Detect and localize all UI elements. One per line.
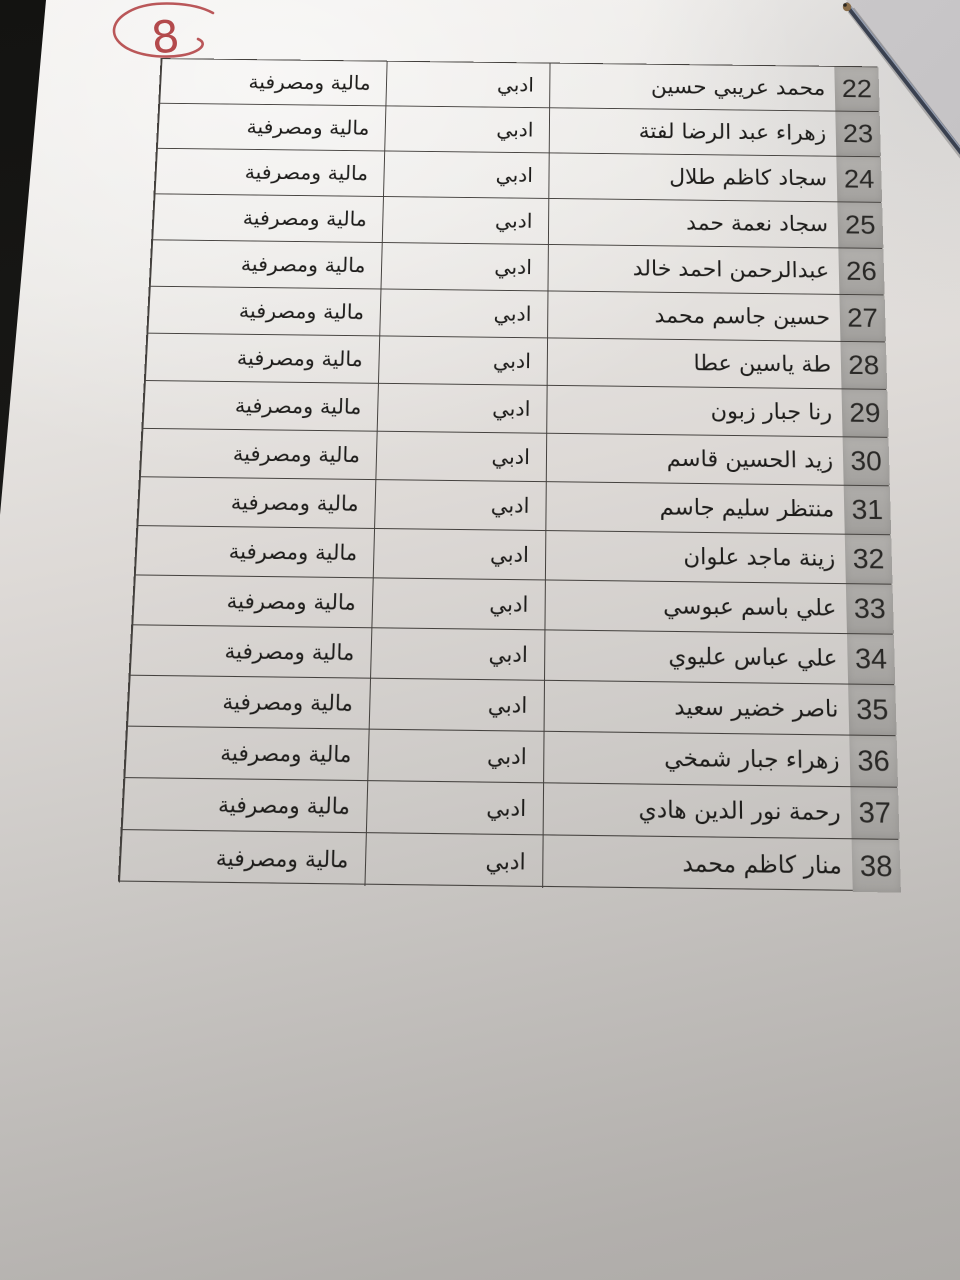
name-cell: علي باسم عبوسي (544, 580, 847, 633)
name-cell: رنا جبار زبون (546, 386, 842, 437)
branch-cell: ادبي (369, 679, 544, 731)
dept-cell: مالية ومصرفية (147, 287, 380, 336)
dept-cell: مالية ومصرفية (127, 676, 370, 729)
name-cell: منتظر سليم جاسم (545, 482, 844, 534)
name-cell: ناصر خضير سعيد (544, 681, 850, 735)
dept-cell: مالية ومصرفية (135, 526, 374, 577)
row-number-cell: 36 (849, 736, 898, 787)
name-cell: طة ياسين عطا (547, 338, 842, 388)
branch-cell: ادبي (370, 628, 544, 680)
branch-cell: ادبي (375, 432, 546, 481)
branch-cell: ادبي (377, 384, 547, 433)
name-cell: عبدالرحمن احمد خالد (547, 245, 839, 294)
dept-cell: مالية ومصرفية (152, 194, 383, 242)
branch-cell: ادبي (367, 730, 543, 783)
dept-cell: مالية ومصرفية (140, 429, 377, 479)
row-number-cell: 26 (838, 248, 884, 294)
branch-cell: ادبي (373, 529, 546, 579)
row-number-cell: 27 (839, 295, 885, 342)
branch-cell: ادبي (383, 151, 549, 198)
row-number-cell: 29 (842, 389, 889, 437)
dept-cell: مالية ومصرفية (155, 149, 385, 196)
branch-cell: ادبي (381, 243, 548, 290)
branch-cell: ادبي (371, 578, 544, 629)
dept-cell: مالية ومصرفية (132, 575, 372, 627)
branch-cell: ادبي (382, 197, 549, 244)
row-number-cell: 34 (847, 634, 895, 684)
dept-cell: مالية ومصرفية (142, 381, 377, 431)
dept-cell: مالية ومصرفية (159, 59, 386, 105)
branch-cell: ادبي (374, 480, 546, 530)
dept-cell: مالية ومصرفية (119, 830, 366, 886)
branch-cell: ادبي (364, 833, 542, 888)
photo-of-document: 8 مالية ومصرفية ادبي محمد عريبي حسين 22 … (0, 0, 960, 1280)
row-number-cell: 28 (840, 342, 887, 389)
row-number-cell: 32 (845, 535, 893, 584)
name-cell: حسين جاسم محمد (547, 291, 840, 340)
dept-cell: مالية ومصرفية (124, 727, 368, 780)
name-cell: رحمة نور الدين هادي (543, 783, 852, 838)
name-cell: زينة ماجد علوان (545, 531, 846, 583)
branch-cell: ادبي (385, 62, 549, 108)
branch-cell: ادبي (366, 781, 543, 834)
student-table: مالية ومصرفية ادبي محمد عريبي حسين 22 ما… (118, 58, 900, 891)
dept-cell: مالية ومصرفية (122, 778, 368, 832)
row-number-cell: 23 (835, 112, 881, 157)
row-number-cell: 25 (837, 202, 883, 248)
dept-cell: مالية ومصرفية (145, 334, 379, 383)
row-number-cell: 33 (846, 584, 894, 634)
row-number-cell: 31 (844, 486, 891, 535)
name-cell: علي عباس عليوي (544, 630, 848, 683)
branch-cell: ادبي (378, 336, 547, 384)
name-cell: زيد الحسين قاسم (546, 434, 844, 485)
dept-cell: مالية ومصرفية (150, 240, 382, 288)
branch-cell: ادبي (384, 106, 549, 152)
dept-cell: مالية ومصرفية (130, 625, 372, 677)
row-number-cell: 38 (852, 839, 901, 892)
branch-cell: ادبي (379, 289, 547, 337)
row-number-cell: 30 (843, 437, 890, 485)
name-cell: سجاد كاظم طلال (548, 153, 837, 201)
dept-cell: مالية ومصرفية (137, 477, 375, 528)
student-table-wrap: مالية ومصرفية ادبي محمد عريبي حسين 22 ما… (118, 58, 900, 891)
row-number-cell: 37 (850, 787, 899, 839)
name-cell: زهراء عبد الرضا لفتة (549, 108, 837, 156)
name-cell: زهراء جبار شمخي (543, 732, 850, 786)
row-number-cell: 35 (848, 685, 896, 736)
name-cell: محمد عريبي حسين (549, 64, 835, 111)
row-number-cell: 22 (834, 67, 879, 111)
dept-cell: مالية ومصرفية (157, 104, 385, 151)
name-cell: سجاد نعمة حمد (548, 199, 838, 248)
table-row: مالية ومصرفية ادبي منار كاظم محمد 38 (119, 830, 899, 892)
grade-number: 8 (149, 11, 182, 65)
pen-tip-point (843, 3, 847, 7)
row-number-cell: 24 (836, 157, 882, 202)
name-cell: منار كاظم محمد (542, 835, 853, 892)
